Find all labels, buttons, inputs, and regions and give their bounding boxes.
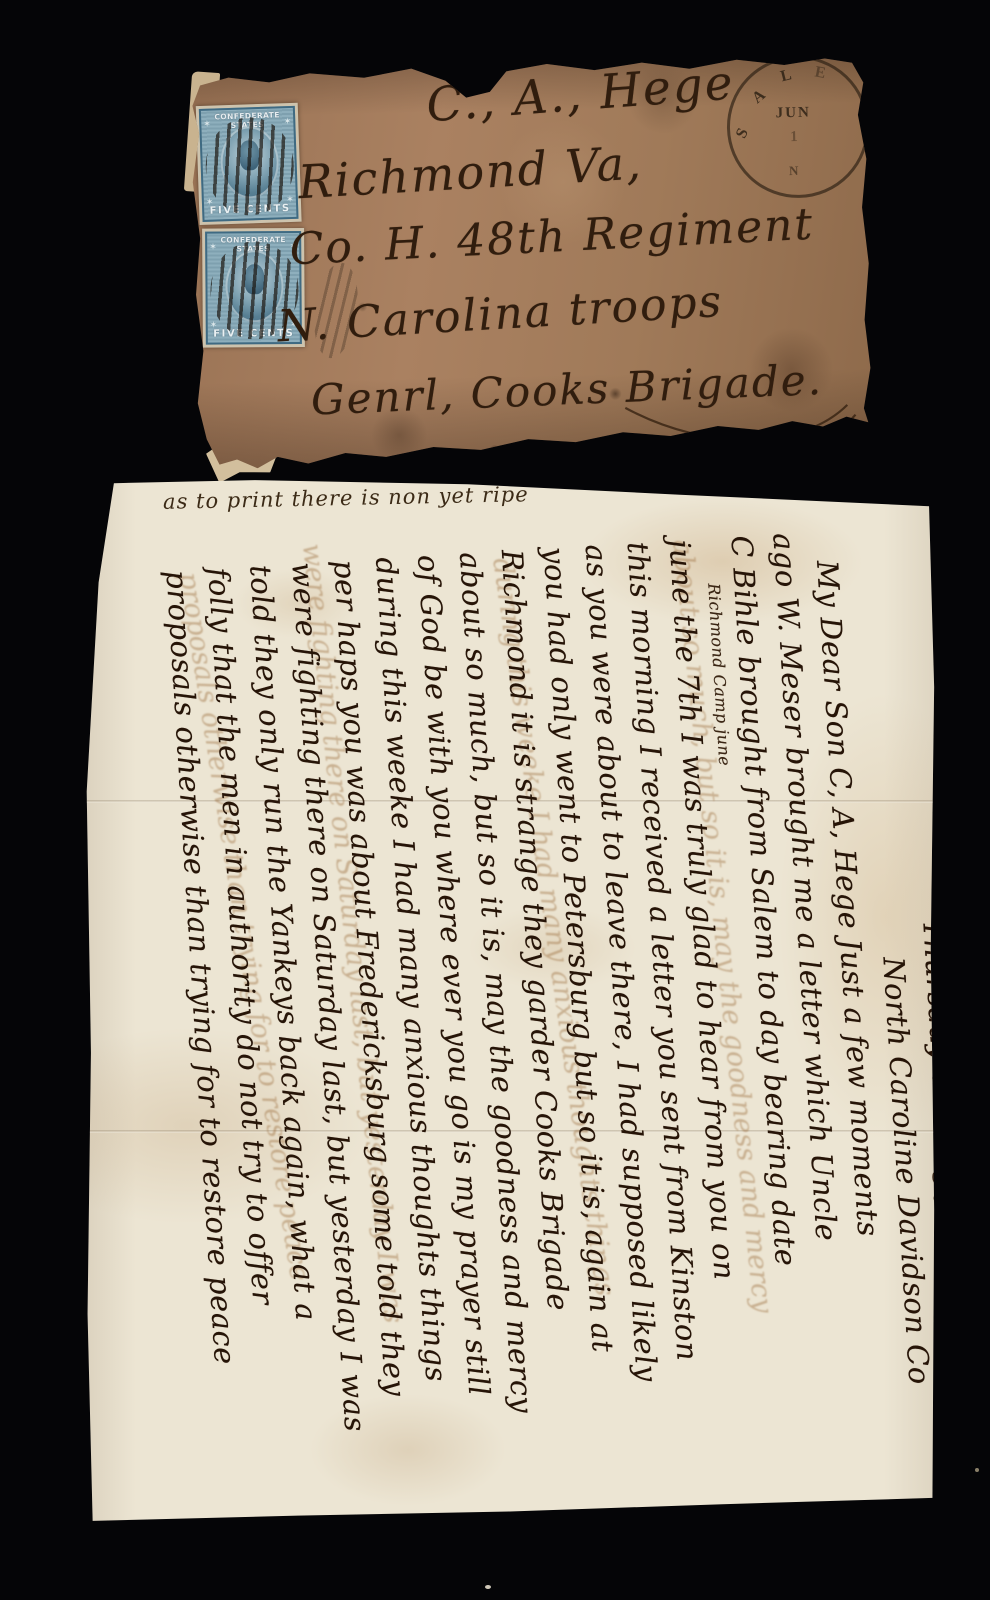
postmark-day: 1 — [790, 129, 799, 146]
dust-speck — [485, 1585, 491, 1589]
address-line-name: C., A., Hege — [425, 55, 737, 133]
address-line-regiment: Co. H. 48th Regiment — [288, 199, 815, 276]
photo-of-confederate-cover-and-letter: CONFEDERATE STATES ✶ ✶ ✶ ✶ FIVE CENTS CO… — [0, 0, 990, 1600]
stamp-design: CONFEDERATE STATES ✶ ✶ ✶ ✶ FIVE CENTS — [199, 106, 299, 222]
marginal-note: as to print there is non yet ripe — [163, 482, 529, 514]
postage-stamp: CONFEDERATE STATES ✶ ✶ ✶ ✶ FIVE CENTS — [196, 103, 302, 225]
address-line-city: Richmond Va, — [297, 135, 644, 209]
star-ornament-icon: ✶ — [209, 243, 217, 253]
postmark-letter: A — [749, 86, 770, 108]
postmark-state: N — [789, 163, 800, 179]
circular-datestamp-postmark: S A L E JUN 1 N — [725, 54, 870, 199]
ghost-show-through-text: this morning I received a letter you sen… — [959, 550, 990, 1287]
postmark-letter: S — [733, 125, 754, 142]
postmark-month: JUN — [775, 105, 811, 123]
address-line-brigade: Genrl, Cooks Brigade. — [310, 355, 824, 425]
postmark-letter: L — [779, 66, 795, 86]
dust-speck — [975, 1468, 979, 1472]
envelope: CONFEDERATE STATES ✶ ✶ ✶ ✶ FIVE CENTS CO… — [188, 54, 875, 471]
star-ornament-icon: ✶ — [203, 120, 211, 130]
handwritten-letter-sheet: this morning I received a letter you sen… — [85, 478, 935, 1523]
letter-body: Thursday evening june the 11th 1863 Nort… — [155, 524, 990, 1560]
postmark-letter: E — [813, 63, 828, 83]
grid-cancellation-mark — [206, 117, 294, 215]
star-ornament-icon: ✶ — [284, 117, 292, 127]
